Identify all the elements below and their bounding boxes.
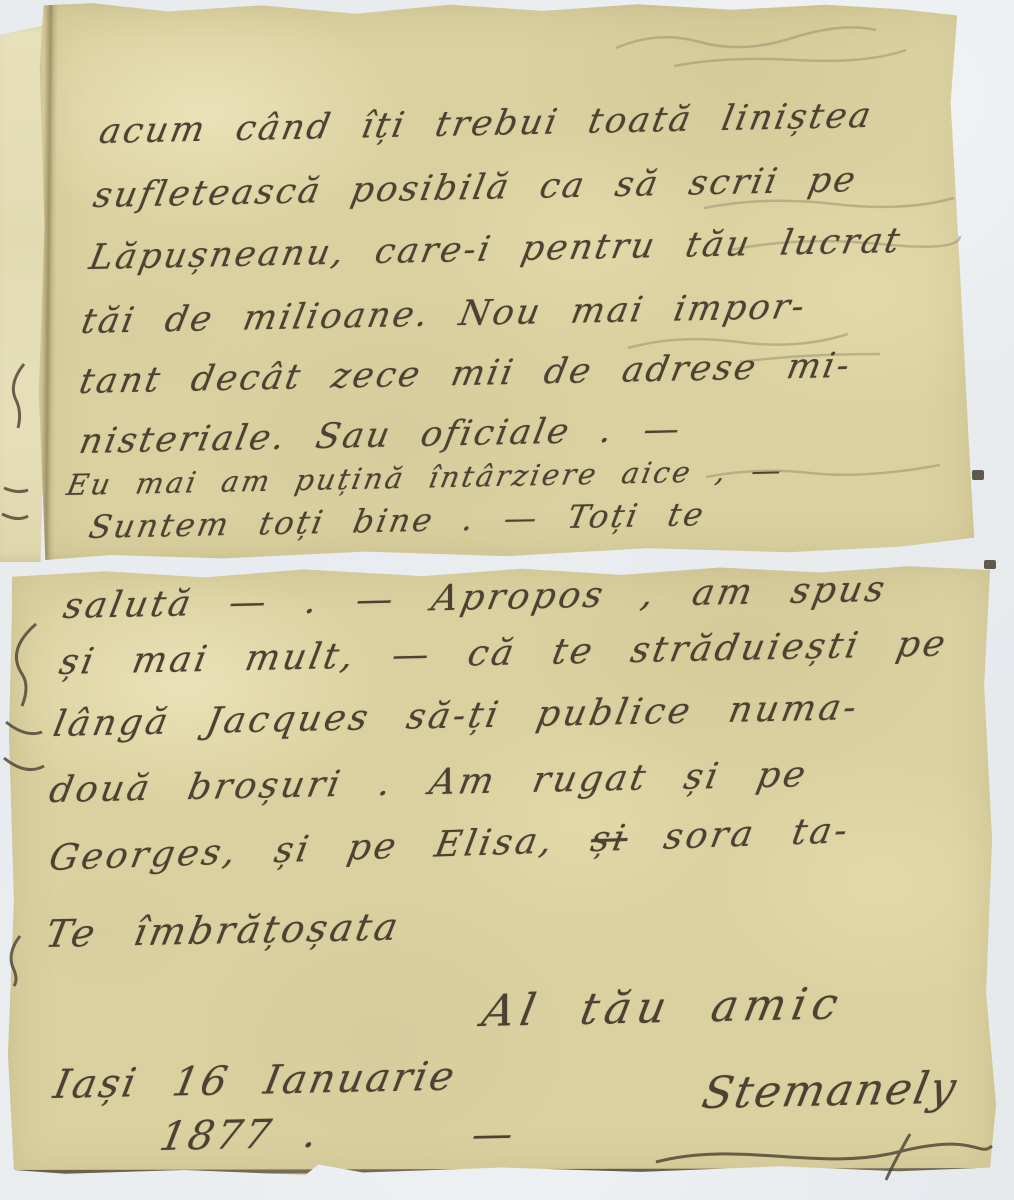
signature-flourish (648, 1128, 998, 1186)
dateline-year: 1877 . (156, 1111, 324, 1160)
paper-speck (984, 560, 996, 569)
letter-photo: acum când îți trebui toată liniștea sufl… (0, 0, 1014, 1200)
line-post: sora ta- (624, 810, 854, 859)
closing-line: Al tău amic (478, 978, 848, 1037)
handwriting-line: Te îmbrățoșata (42, 905, 404, 956)
stray-ink-mark (0, 478, 32, 540)
stray-ink-mark (0, 618, 42, 710)
paper-speck (972, 470, 984, 480)
signature: Stemanely (698, 1063, 962, 1119)
dateline-dash: — (468, 1111, 519, 1158)
stray-ink-mark (0, 360, 28, 432)
stray-ink-mark (0, 712, 48, 794)
stray-ink-mark (0, 930, 26, 990)
ghost-writing-mark (610, 16, 960, 76)
dateline-place: Iași 16 Ianuarie (50, 1054, 460, 1108)
